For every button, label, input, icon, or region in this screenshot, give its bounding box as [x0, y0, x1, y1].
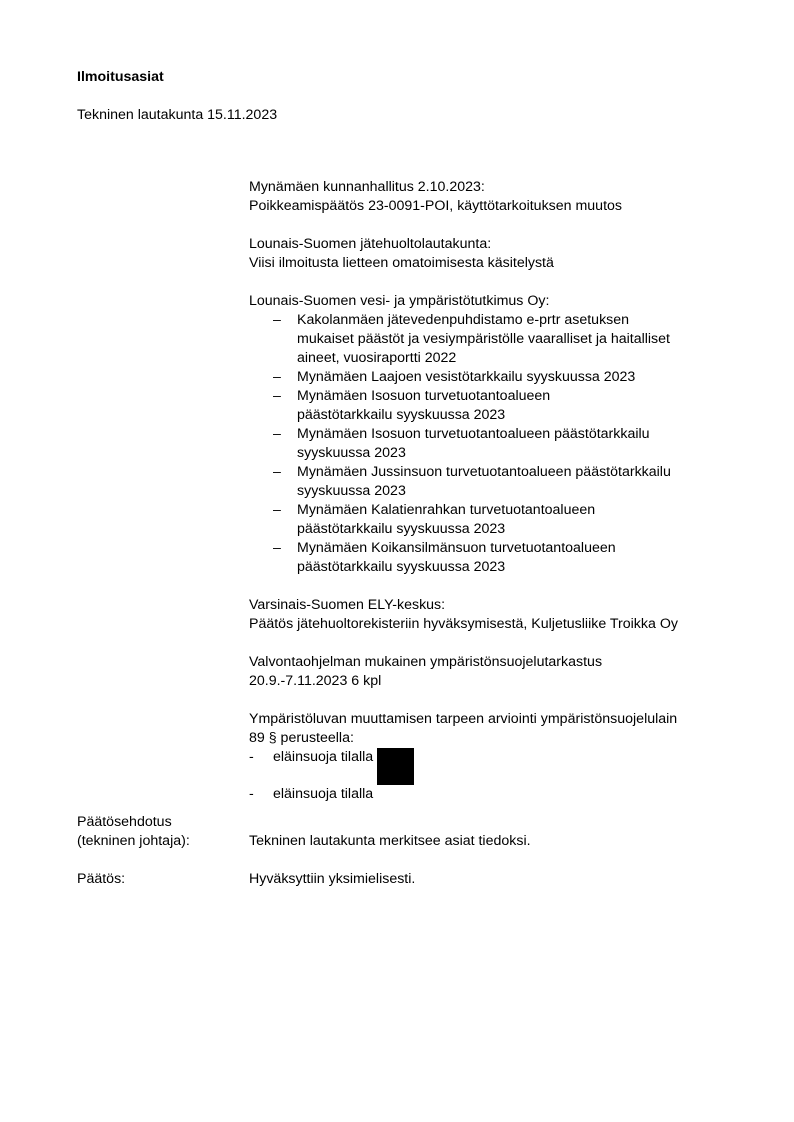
decision-label: Päätös:: [77, 870, 247, 889]
list-item: -eläinsuoja tilalla: [249, 748, 749, 785]
notice-heading: Varsinais-Suomen ELY-keskus:: [249, 596, 749, 615]
notice-heading: Lounais-Suomen jätehuoltolautakunta:: [249, 235, 749, 254]
list-item: –Mynämäen Kalatienrahkan turvetuotantoal…: [249, 501, 749, 539]
notice-jatehuolto: Lounais-Suomen jätehuoltolautakunta: Vii…: [249, 235, 749, 273]
redaction-box: [377, 748, 414, 785]
dash-bullet: -: [249, 785, 254, 804]
notices-body: Mynämäen kunnanhallitus 2.10.2023: Poikk…: [249, 178, 749, 823]
notice-valvonta: Valvontaohjelman mukainen ympäristönsuoj…: [249, 653, 749, 691]
proposal-text: Tekninen lautakunta merkitsee asiat tied…: [249, 832, 531, 851]
dash-bullet: –: [273, 311, 281, 330]
list-item-text: Mynämäen Laajoen vesistötarkkailu syysku…: [297, 369, 635, 385]
list-item-text: eläinsuoja tilalla: [273, 749, 373, 765]
list-item-text: Mynämäen Koikansilmänsuon turvetuotantoa…: [297, 540, 616, 575]
list-item: –Mynämäen Laajoen vesistötarkkailu syysk…: [249, 368, 749, 387]
proposal-label: Päätösehdotus (tekninen johtaja):: [77, 813, 247, 851]
notice-text: Ympäristöluvan muuttamisen tarpeen arvio…: [249, 710, 749, 729]
notice-vesi: Lounais-Suomen vesi- ja ympäristötutkimu…: [249, 292, 749, 577]
dash-bullet: –: [273, 368, 281, 387]
dash-bullet: –: [273, 463, 281, 482]
list-item: –Kakolanmäen jätevedenpuhdistamo e-prtr …: [249, 311, 749, 368]
report-list: –Kakolanmäen jätevedenpuhdistamo e-prtr …: [249, 311, 749, 577]
list-item-text: Mynämäen Isosuon turvetuotantoalueen pää…: [297, 388, 550, 423]
dash-bullet: -: [249, 748, 254, 767]
notice-heading: Mynämäen kunnanhallitus 2.10.2023:: [249, 178, 749, 197]
list-item: -eläinsuoja tilalla: [249, 785, 749, 804]
list-item-text: Mynämäen Kalatienrahkan turvetuotantoalu…: [297, 502, 595, 537]
list-item: –Mynämäen Isosuon turvetuotantoalueen pä…: [249, 425, 749, 463]
meeting-info: Tekninen lautakunta 15.11.2023: [77, 106, 277, 125]
decision-text: Hyväksyttiin yksimielisesti.: [249, 870, 415, 889]
notice-text: 89 § perusteella:: [249, 729, 749, 748]
list-item-text: Mynämäen Isosuon turvetuotantoalueen pää…: [297, 426, 650, 461]
notice-ymparistolupa: Ympäristöluvan muuttamisen tarpeen arvio…: [249, 710, 749, 804]
farm-list: -eläinsuoja tilalla -eläinsuoja tilalla: [249, 748, 749, 804]
notice-text: Valvontaohjelman mukainen ympäristönsuoj…: [249, 653, 749, 672]
notice-text: Päätös jätehuoltorekisteriin hyväksymise…: [249, 615, 749, 634]
dash-bullet: –: [273, 539, 281, 558]
list-item: –Mynämäen Jussinsuon turvetuotantoalueen…: [249, 463, 749, 501]
dash-bullet: –: [273, 501, 281, 520]
notice-text: Poikkeamispäätös 23-0091-POI, käyttötark…: [249, 197, 749, 216]
list-item-text: Mynämäen Jussinsuon turvetuotantoalueen …: [297, 464, 671, 499]
notice-text: 20.9.-7.11.2023 6 kpl: [249, 672, 749, 691]
notice-ely: Varsinais-Suomen ELY-keskus: Päätös jäte…: [249, 596, 749, 634]
list-item: –Mynämäen Isosuon turvetuotantoalueen pä…: [249, 387, 749, 425]
dash-bullet: –: [273, 425, 281, 444]
notice-kunnanhallitus: Mynämäen kunnanhallitus 2.10.2023: Poikk…: [249, 178, 749, 216]
list-item-text: eläinsuoja tilalla: [273, 786, 373, 802]
list-item: –Mynämäen Koikansilmänsuon turvetuotanto…: [249, 539, 749, 577]
notice-heading: Lounais-Suomen vesi- ja ympäristötutkimu…: [249, 292, 749, 311]
page-title: Ilmoitusasiat: [77, 68, 164, 87]
notice-text: Viisi ilmoitusta lietteen omatoimisesta …: [249, 254, 749, 273]
dash-bullet: –: [273, 387, 281, 406]
list-item-text: Kakolanmäen jätevedenpuhdistamo e-prtr a…: [297, 312, 670, 366]
